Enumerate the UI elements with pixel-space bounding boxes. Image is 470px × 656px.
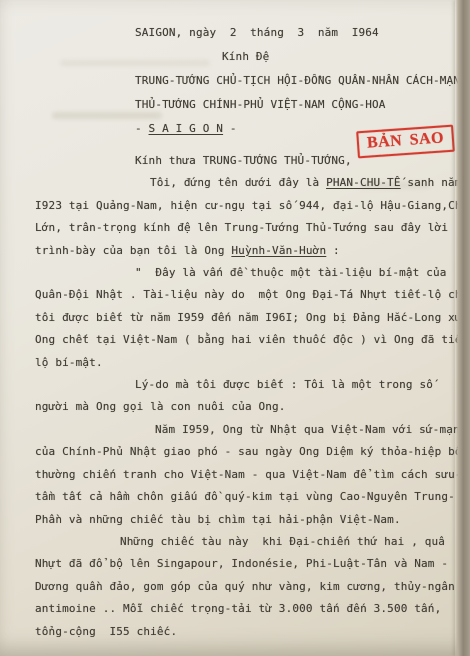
sender-name-underlined: PHAN-CHU-TẾ (326, 176, 401, 189)
place-dash-left: - (135, 122, 149, 135)
body-line: trình-bày của bạn tôi là Ong Huỳnh-Văn-H… (35, 240, 452, 262)
body-text: : (326, 244, 340, 257)
place-dash-right: - (223, 122, 237, 135)
body-line: Phần và những chiếc tàu bị chìm tại hải-… (35, 509, 452, 531)
body-line: Quân-Đội Nhật . Tài-liệu này do một Ong … (35, 284, 452, 306)
body-line: của Chính-Phủ Nhật giao phó - sau ngày O… (35, 441, 452, 463)
salutation-line: Kính Đệ (222, 45, 452, 69)
body-line: " Đây là vấn đề thuộc một tài-liệu bí-mậ… (135, 262, 452, 284)
body-line: thường chiến tranh cho Việt-Nam - qua Vi… (35, 464, 452, 486)
body-line: người mà Ong gọi là con nuôi của Ong. (35, 396, 452, 418)
date-line: SAIGON, ngày 2 tháng 3 năm I964 (135, 21, 452, 45)
body-text: sanh năm (401, 176, 462, 189)
recipient-line-1: TRUNG-TƯỚNG CHỦ-TỊCH HỘI-ĐỒNG QUÂN-NHÂN … (135, 69, 452, 93)
recipient-line-2: THỦ-TƯỚNG CHÍNH-PHỦ VIỆT-NAM CỘNG-HOA (135, 93, 452, 117)
body-line: Những chiếc tàu này khi Đại-chiến thứ ha… (120, 531, 452, 553)
body-line: Nhựt đã đổ bộ lên Singapour, Indonésie, … (35, 553, 452, 575)
body-line: I923 tại Quảng-Nam, hiện cư-ngụ tại số 9… (35, 195, 452, 217)
document-page: SAIGON, ngày 2 tháng 3 năm I964 Kính Đệ … (0, 0, 470, 656)
body-line: tổng-cộng I55 chiếc. (35, 621, 452, 643)
typewritten-text-block: SAIGON, ngày 2 tháng 3 năm I964 Kính Đệ … (0, 0, 470, 643)
place-name-underlined: S A I G O N (149, 122, 224, 135)
body-line: Lý-do mà tôi được biết : Tôi là một tron… (135, 374, 452, 396)
friend-name-underlined: Huỳnh-Văn-Huờn (231, 244, 326, 257)
body-line: Dương quần đảo, gom góp của quý như vàng… (35, 576, 452, 598)
paper-edge (455, 0, 470, 656)
body-line: Tôi, đứng tên dưới đây là PHAN-CHU-TẾ sa… (150, 172, 452, 194)
body-line: antimoine .. Mỗi chiếc trọng-tải từ 3.00… (35, 598, 452, 620)
body-line: lộ bí-mật. (35, 352, 452, 374)
body-line: Năm I959, Ong từ Nhật qua Việt-Nam với s… (155, 419, 452, 441)
body-line: tôi được biết từ năm I959 đến năm I96I; … (35, 307, 452, 329)
body-line: Ong chết tại Việt-Nam ( bằng hai viên th… (35, 329, 452, 351)
body-text: Tôi, đứng tên dưới đây là (150, 176, 326, 189)
body-text: trình-bày của bạn tôi là Ong (35, 244, 231, 257)
body-line: tầm tất cả hầm chôn giấu đồ quý-kim tại … (35, 486, 452, 508)
body-line: Lớn, trân-trọng kính đệ lên Trung-Tướng … (35, 217, 452, 239)
